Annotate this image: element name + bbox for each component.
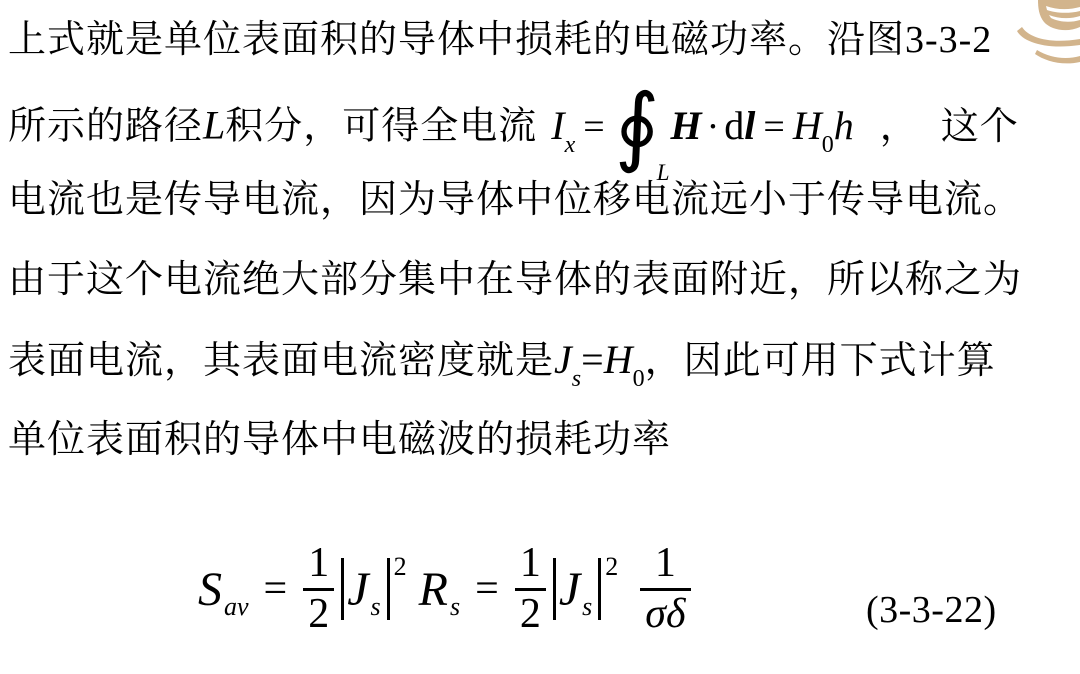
text-line-1: 上式就是单位表面积的导体中损耗的电磁功率。沿图3-3-2 [8,0,1076,80]
one-half-fraction: 1 2 [515,540,546,637]
line2-comma: ， [880,106,919,148]
line2-post-text: 这个 [941,106,1019,148]
equals-sign: = [475,565,499,613]
equals-sign: = [763,106,784,148]
sigma-delta-fraction: 1 σδ [640,540,690,637]
fraction-denominator: σδ [640,591,690,638]
fraction-denominator: 2 [303,591,334,638]
H0-symbol: H [793,103,822,148]
Sav-symbol: S [198,562,222,617]
fraction-numerator: 1 [515,540,546,587]
dot-product-symbol: · [707,106,720,148]
squared-exponent: 2 [605,552,618,582]
line2-pre-text: 所示的路径 [8,106,203,148]
Js-subscript: s [582,592,592,622]
equals-sign: = [581,337,604,382]
Js-symbol: J [347,562,368,617]
paragraph: 上式就是单位表面积的导体中损耗的电磁功率。沿图3-3-2 所示的路径L积分，可得… [8,0,1076,480]
fraction-denominator: 2 [515,591,546,638]
H-field-symbol: H [671,103,702,148]
absolute-value-bar [553,558,556,620]
equals-sign: = [583,106,604,148]
text-line-4: 由于这个电流绝大部分集中在导体的表面附近，所以称之为 [8,240,1076,320]
H0-symbol: H [604,337,633,382]
Js-symbol: J [554,337,572,382]
absolute-value-bar [341,558,344,620]
path-variable-L: L [203,103,225,148]
height-h-symbol: h [834,103,854,148]
path-element-l: l [744,103,755,148]
line2-mid-text: 积分，可得全电流 [225,106,537,148]
integral-path-subscript: L [657,161,671,184]
fraction-numerator: 1 [650,540,681,587]
equation-number: (3-3-22) [866,588,997,632]
one-half-fraction: 1 2 [303,540,334,637]
current-subscript: x [565,132,576,158]
Js-symbol: J [559,562,580,617]
contour-integral: ∮L [615,80,661,180]
line5-post-text: ，因此可用下式计算 [645,340,996,382]
line1-text: 上式就是单位表面积的导体中损耗的电磁功率。沿图3-3-2 [8,19,992,61]
equals-sign: = [264,565,288,613]
H0-subscript: 0 [633,366,645,392]
squared-exponent: 2 [394,552,407,582]
line6-text: 单位表面积的导体中电磁波的损耗功率 [8,419,671,461]
absolute-value-bar [598,558,601,620]
lecture-slide: 上式就是单位表面积的导体中损耗的电磁功率。沿图3-3-2 所示的路径L积分，可得… [0,0,1080,674]
absolute-value-bar [387,558,390,620]
display-formula: S av = 1 2 J s 2 R s = 1 2 J s 2 1 σδ [198,530,695,648]
text-line-2: 所示的路径L积分，可得全电流Ix=∮LH·dl=H0h，这个 [8,80,1076,160]
text-line-5: 表面电流，其表面电流密度就是Js=H0，因此可用下式计算 [8,320,1076,400]
line3-text: 电流也是传导电流，因为导体中位移电流远小于传导电流。 [8,179,1022,221]
Rs-subscript: s [450,592,460,622]
Sav-subscript: av [224,592,249,622]
Js-subscript: s [371,592,381,622]
contour-integral-icon: ∮ [615,83,661,169]
text-line-6: 单位表面积的导体中电磁波的损耗功率 [8,400,1076,480]
line4-text: 由于这个电流绝大部分集中在导体的表面附近，所以称之为 [8,259,1022,301]
fraction-numerator: 1 [303,540,334,587]
Rs-symbol: R [419,562,448,617]
current-symbol: I [551,103,564,148]
text-line-3: 电流也是传导电流，因为导体中位移电流远小于传导电流。 [8,160,1076,240]
differential-d: d [724,103,744,148]
Js-subscript: s [572,366,581,392]
line5-pre-text: 表面电流，其表面电流密度就是 [8,340,554,382]
inline-current-formula: Ix=∮LH·dl=H0h [551,106,853,148]
H0-subscript: 0 [822,132,834,158]
